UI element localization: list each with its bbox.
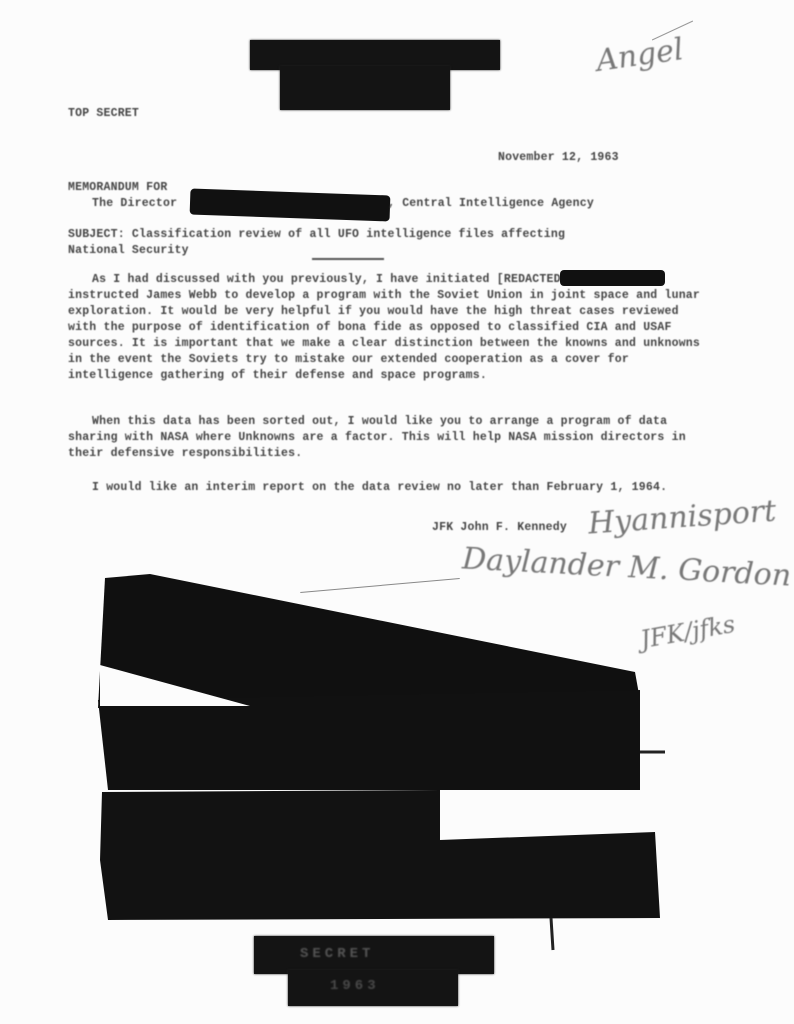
stamp-text-line-1: SECRET [300,946,374,962]
redaction-large-block [0,0,794,1024]
memo-page: Angel TOP SECRET November 12, 1963 MEMOR… [0,0,794,1024]
stamp-text-line-2: 1963 [330,978,380,994]
